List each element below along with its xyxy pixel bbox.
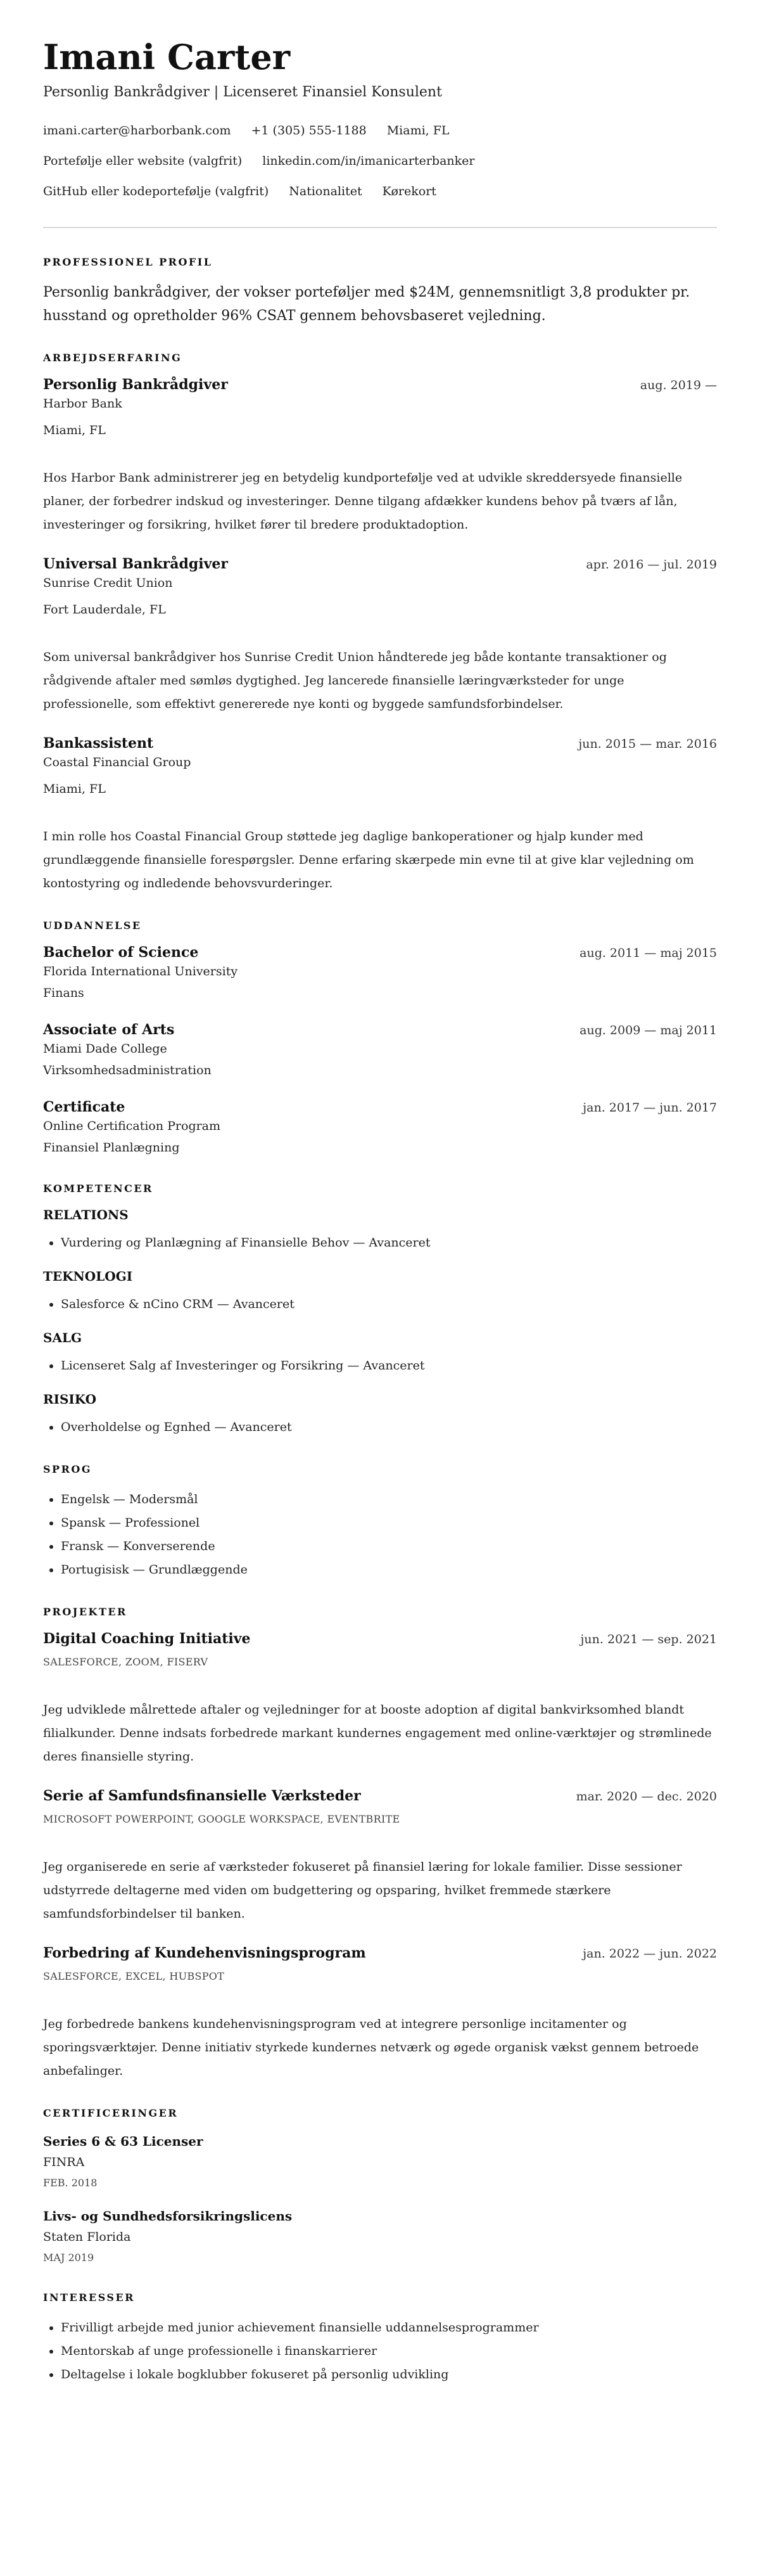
project-description: Jeg udviklede målrettede aftaler og vejl… bbox=[43, 1698, 717, 1769]
skills-list: RELATIONSVurdering og Planlægning af Fin… bbox=[43, 1207, 717, 1439]
education-dates: aug. 2011 — maj 2015 bbox=[579, 946, 717, 960]
degree-title: Associate of Arts bbox=[43, 1022, 174, 1038]
candidate-name: Imani Carter bbox=[43, 37, 717, 78]
interest-item: Frivilligt arbejde med junior achievemen… bbox=[61, 2316, 717, 2340]
projects-section: PROJEKTER Digital Coaching Initiativejun… bbox=[43, 1606, 717, 2083]
job-title: Personlig Bankrådgiver bbox=[43, 376, 228, 393]
drivers-license: Kørekort bbox=[383, 176, 436, 207]
contact-info: imani.carter@harborbank.com +1 (305) 555… bbox=[43, 115, 717, 207]
languages-section: SPROG Engelsk — ModersmålSpansk — Profes… bbox=[43, 1463, 717, 1582]
languages-list: Engelsk — ModersmålSpansk — Professionel… bbox=[43, 1488, 717, 1582]
project-description: Jeg organiserede en serie af værksteder … bbox=[43, 1855, 717, 1926]
job-title: Bankassistent bbox=[43, 735, 153, 752]
project-name: Digital Coaching Initiative bbox=[43, 1631, 251, 1647]
entry-header: Certificatejan. 2017 — jun. 2017 bbox=[43, 1099, 717, 1115]
entry-header: Universal Bankrådgiverapr. 2016 — jul. 2… bbox=[43, 556, 717, 572]
job-location: Miami, FL bbox=[43, 420, 717, 441]
job-dates: aug. 2019 — bbox=[640, 378, 717, 392]
project-dates: jan. 2022 — jun. 2022 bbox=[583, 1947, 717, 1961]
experience-entry: Universal Bankrådgiverapr. 2016 — jul. 2… bbox=[43, 556, 717, 716]
job-description: Som universal bankrådgiver hos Sunrise C… bbox=[43, 646, 717, 716]
project-dates: jun. 2021 — sep. 2021 bbox=[581, 1632, 717, 1646]
interests-section: INTERESSER Frivilligt arbejde med junior… bbox=[43, 2291, 717, 2387]
project-entry: Digital Coaching Initiativejun. 2021 — s… bbox=[43, 1631, 717, 1769]
skill-group: SALGLicenseret Salg af Investeringer og … bbox=[43, 1330, 717, 1378]
project-tech-stack: SALESFORCE, ZOOM, FISERV bbox=[43, 1656, 717, 1668]
section-title-interests: INTERESSER bbox=[43, 2291, 717, 2304]
education-dates: aug. 2009 — maj 2011 bbox=[579, 1023, 717, 1037]
skill-items: Overholdelse og Egnhed — Avanceret bbox=[43, 1416, 717, 1439]
project-name: Serie af Samfundsfinansielle Værksteder bbox=[43, 1788, 361, 1804]
job-title: Universal Bankrådgiver bbox=[43, 556, 228, 572]
school-name: Miami Dade College bbox=[43, 1038, 717, 1060]
language-item: Portugisisk — Grundlæggende bbox=[61, 1558, 717, 1582]
github-link[interactable]: GitHub eller kodeportefølje (valgfrit) bbox=[43, 176, 269, 207]
certification-date: FEB. 2018 bbox=[43, 2174, 717, 2193]
certification-entry: Livs- og SundhedsforsikringslicensStaten… bbox=[43, 2207, 717, 2267]
entry-header: Personlig Bankrådgiveraug. 2019 — bbox=[43, 376, 717, 393]
resume-header: Imani Carter Personlig Bankrådgiver | Li… bbox=[43, 37, 717, 207]
skill-item: Licenseret Salg af Investeringer og Fors… bbox=[61, 1354, 717, 1378]
skill-items: Vurdering og Planlægning af Finansielle … bbox=[43, 1231, 717, 1255]
certification-issuer: Staten Florida bbox=[43, 2226, 717, 2248]
section-title-skills: KOMPETENCER bbox=[43, 1182, 717, 1195]
job-description: Hos Harbor Bank administrerer jeg en bet… bbox=[43, 466, 717, 537]
section-title-experience: ARBEJDSERFARING bbox=[43, 352, 717, 364]
company-name: Coastal Financial Group bbox=[43, 752, 717, 773]
section-title-certifications: CERTIFICERINGER bbox=[43, 2107, 717, 2119]
certification-name: Series 6 & 63 Licenser bbox=[43, 2132, 717, 2151]
skill-item: Overholdelse og Egnhed — Avanceret bbox=[61, 1416, 717, 1439]
education-section: UDDANNELSE Bachelor of Scienceaug. 2011 … bbox=[43, 920, 717, 1158]
education-list: Bachelor of Scienceaug. 2011 — maj 2015F… bbox=[43, 944, 717, 1158]
project-name: Forbedring af Kundehenvisningsprogram bbox=[43, 1945, 366, 1961]
field-of-study: Virksomhedsadministration bbox=[43, 1060, 717, 1081]
experience-entry: Bankassistentjun. 2015 — mar. 2016Coasta… bbox=[43, 735, 717, 895]
skill-item: Vurdering og Planlægning af Finansielle … bbox=[61, 1231, 717, 1255]
contact-row-1: imani.carter@harborbank.com +1 (305) 555… bbox=[43, 115, 717, 146]
linkedin-link[interactable]: linkedin.com/in/imanicarterbanker bbox=[262, 146, 474, 176]
entry-header: Forbedring af Kundehenvisningsprogramjan… bbox=[43, 1945, 717, 1961]
location: Miami, FL bbox=[387, 115, 450, 146]
certifications-list: Series 6 & 63 LicenserFINRAFEB. 2018Livs… bbox=[43, 2132, 717, 2267]
skill-group: RELATIONSVurdering og Planlægning af Fin… bbox=[43, 1207, 717, 1255]
education-entry: Bachelor of Scienceaug. 2011 — maj 2015F… bbox=[43, 944, 717, 1004]
email-link[interactable]: imani.carter@harborbank.com bbox=[43, 115, 231, 146]
skill-category: RISIKO bbox=[43, 1392, 717, 1407]
section-title-languages: SPROG bbox=[43, 1463, 717, 1475]
certifications-section: CERTIFICERINGER Series 6 & 63 LicenserFI… bbox=[43, 2107, 717, 2267]
skill-items: Licenseret Salg af Investeringer og Fors… bbox=[43, 1354, 717, 1378]
nationality: Nationalitet bbox=[289, 176, 362, 207]
skill-group: RISIKOOverholdelse og Egnhed — Avanceret bbox=[43, 1392, 717, 1439]
project-entry: Serie af Samfundsfinansielle Værkstederm… bbox=[43, 1788, 717, 1926]
section-title-education: UDDANNELSE bbox=[43, 920, 717, 932]
candidate-headline: Personlig Bankrådgiver | Licenseret Fina… bbox=[43, 84, 717, 100]
profile-section: PROFESSIONEL PROFIL Personlig bankrådgiv… bbox=[43, 256, 717, 328]
certification-name: Livs- og Sundhedsforsikringslicens bbox=[43, 2207, 717, 2226]
language-item: Spansk — Professionel bbox=[61, 1511, 717, 1535]
interests-list: Frivilligt arbejde med junior achievemen… bbox=[43, 2316, 717, 2387]
experience-list: Personlig Bankrådgiveraug. 2019 —Harbor … bbox=[43, 376, 717, 895]
school-name: Online Certification Program bbox=[43, 1115, 717, 1137]
projects-list: Digital Coaching Initiativejun. 2021 — s… bbox=[43, 1631, 717, 2083]
experience-entry: Personlig Bankrådgiveraug. 2019 —Harbor … bbox=[43, 376, 717, 537]
degree-title: Certificate bbox=[43, 1099, 125, 1115]
school-name: Florida International University bbox=[43, 961, 717, 982]
language-item: Engelsk — Modersmål bbox=[61, 1488, 717, 1511]
skill-category: TEKNOLOGI bbox=[43, 1269, 717, 1284]
education-dates: jan. 2017 — jun. 2017 bbox=[583, 1101, 717, 1115]
education-entry: Associate of Artsaug. 2009 — maj 2011Mia… bbox=[43, 1022, 717, 1081]
project-entry: Forbedring af Kundehenvisningsprogramjan… bbox=[43, 1945, 717, 2083]
contact-row-2: Portefølje eller website (valgfrit) link… bbox=[43, 146, 717, 176]
project-tech-stack: SALESFORCE, EXCEL, HUBSPOT bbox=[43, 1970, 717, 1982]
skill-category: SALG bbox=[43, 1330, 717, 1345]
company-name: Harbor Bank bbox=[43, 393, 717, 414]
job-description: I min rolle hos Coastal Financial Group … bbox=[43, 825, 717, 895]
resume-page: Imani Carter Personlig Bankrådgiver | Li… bbox=[0, 0, 760, 2449]
skills-section: KOMPETENCER RELATIONSVurdering og Planlæ… bbox=[43, 1182, 717, 1439]
entry-header: Digital Coaching Initiativejun. 2021 — s… bbox=[43, 1631, 717, 1647]
certification-issuer: FINRA bbox=[43, 2151, 717, 2174]
entry-header: Serie af Samfundsfinansielle Værkstederm… bbox=[43, 1788, 717, 1804]
skill-group: TEKNOLOGISalesforce & nCino CRM — Avance… bbox=[43, 1269, 717, 1316]
project-tech-stack: MICROSOFT POWERPOINT, GOOGLE WORKSPACE, … bbox=[43, 1813, 717, 1825]
entry-header: Bankassistentjun. 2015 — mar. 2016 bbox=[43, 735, 717, 752]
job-location: Miami, FL bbox=[43, 778, 717, 800]
skill-item: Salesforce & nCino CRM — Avanceret bbox=[61, 1293, 717, 1316]
language-item: Fransk — Konverserende bbox=[61, 1535, 717, 1558]
job-dates: jun. 2015 — mar. 2016 bbox=[578, 737, 717, 751]
project-dates: mar. 2020 — dec. 2020 bbox=[576, 1790, 717, 1804]
entry-header: Associate of Artsaug. 2009 — maj 2011 bbox=[43, 1022, 717, 1038]
degree-title: Bachelor of Science bbox=[43, 944, 198, 961]
education-entry: Certificatejan. 2017 — jun. 2017Online C… bbox=[43, 1099, 717, 1158]
interest-item: Deltagelse i lokale bogklubber fokuseret… bbox=[61, 2363, 717, 2387]
interest-item: Mentorskab af unge professionelle i fina… bbox=[61, 2340, 717, 2363]
skill-category: RELATIONS bbox=[43, 1207, 717, 1222]
job-dates: apr. 2016 — jul. 2019 bbox=[586, 558, 717, 572]
field-of-study: Finans bbox=[43, 982, 717, 1004]
field-of-study: Finansiel Planlægning bbox=[43, 1137, 717, 1158]
section-title-profile: PROFESSIONEL PROFIL bbox=[43, 256, 717, 268]
certification-date: MAJ 2019 bbox=[43, 2248, 717, 2267]
contact-row-3: GitHub eller kodeportefølje (valgfrit) N… bbox=[43, 176, 717, 207]
section-title-projects: PROJEKTER bbox=[43, 1606, 717, 1618]
entry-header: Bachelor of Scienceaug. 2011 — maj 2015 bbox=[43, 944, 717, 961]
phone-number[interactable]: +1 (305) 555-1188 bbox=[251, 115, 367, 146]
company-name: Sunrise Credit Union bbox=[43, 572, 717, 594]
project-description: Jeg forbedrede bankens kundehenvisningsp… bbox=[43, 2013, 717, 2083]
portfolio-link[interactable]: Portefølje eller website (valgfrit) bbox=[43, 146, 242, 176]
header-divider bbox=[43, 227, 717, 228]
experience-section: ARBEJDSERFARING Personlig Bankrådgiverau… bbox=[43, 352, 717, 895]
profile-summary: Personlig bankrådgiver, der vokser porte… bbox=[43, 281, 717, 328]
certification-entry: Series 6 & 63 LicenserFINRAFEB. 2018 bbox=[43, 2132, 717, 2193]
job-location: Fort Lauderdale, FL bbox=[43, 599, 717, 620]
skill-items: Salesforce & nCino CRM — Avanceret bbox=[43, 1293, 717, 1316]
